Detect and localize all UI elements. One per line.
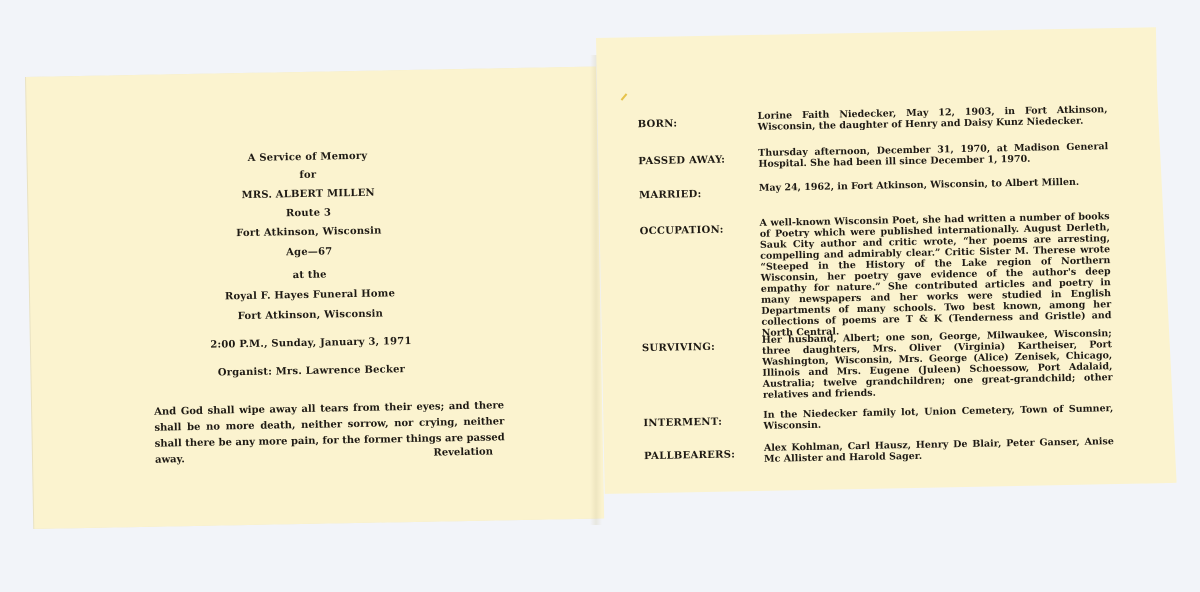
entry-passed-away: PASSED AWAY: Thursday afternoon, Decembe…: [598, 140, 1158, 151]
right-page: BORN: Lorine Faith Niedecker, May 12, 19…: [596, 27, 1165, 494]
deceased-name: MRS. ALBERT MILLEN: [28, 184, 588, 205]
entry-label: PASSED AWAY:: [638, 155, 725, 168]
entry-label: SURVIVING:: [642, 342, 715, 354]
entry-label: BORN:: [638, 118, 678, 130]
entry-text: Lorine Faith Niedecker, May 12, 1903, in…: [757, 104, 1107, 133]
entry-text: May 24, 1962, in Fort Atkinson, Wisconsi…: [759, 176, 1109, 194]
organist: Organist: Mrs. Lawrence Becker: [31, 361, 591, 382]
entry-pallbearers: PALLBEARERS: Alex Kohlman, Carl Hausz, H…: [604, 435, 1164, 446]
entry-label: PALLBEARERS:: [644, 449, 735, 462]
entry-interment: INTERMENT: In the Niedecker family lot, …: [603, 402, 1163, 413]
entry-text: Thursday afternoon, December 31, 1970, a…: [758, 141, 1108, 170]
entry-label: INTERMENT:: [643, 417, 722, 430]
entry-text: A well-known Wisconsin Poet, she had wri…: [759, 211, 1111, 339]
entry-text: Her husband, Albert; one son, George, Mi…: [762, 328, 1113, 401]
entry-occupation: OCCUPATION: A well-known Wisconsin Poet,…: [600, 210, 1160, 221]
entry-label: MARRIED:: [639, 189, 702, 201]
funeral-home: Royal F. Hayes Funeral Home: [30, 285, 590, 306]
service-for: for: [28, 165, 588, 186]
entry-text: Alex Kohlman, Carl Hausz, Henry De Blair…: [764, 436, 1114, 465]
address-route: Route 3: [28, 203, 588, 224]
at-the: at the: [30, 265, 590, 286]
service-time: 2:00 P.M., Sunday, January 3, 1971: [31, 333, 591, 354]
entry-text: In the Niedecker family lot, Union Cemet…: [763, 403, 1113, 432]
entry-label: OCCUPATION:: [640, 225, 724, 238]
service-title: A Service of Memory: [27, 147, 587, 168]
funeral-home-city: Fort Atkinson, Wisconsin: [30, 305, 590, 326]
age: Age—67: [29, 242, 589, 263]
entry-married: MARRIED: May 24, 1962, in Fort Atkinson,…: [599, 175, 1159, 186]
entry-born: BORN: Lorine Faith Niedecker, May 12, 19…: [597, 103, 1157, 114]
left-page: A Service of Memory for MRS. ALBERT MILL…: [26, 67, 604, 529]
address-city: Fort Atkinson, Wisconsin: [29, 222, 589, 243]
